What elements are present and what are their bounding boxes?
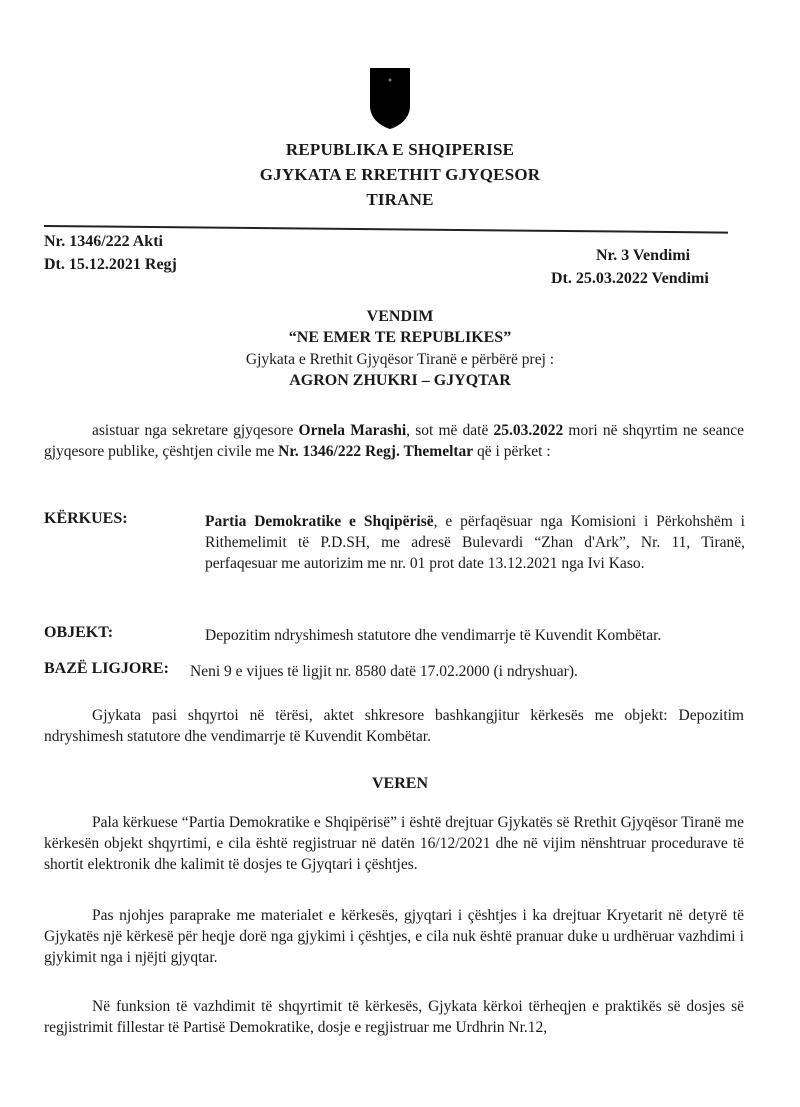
ref-reg-date: Dt. 15.12.2021 Regj (44, 256, 177, 274)
paragraph-file-request: Në funksion të vazhdimit të shqyrtimit t… (44, 996, 744, 1038)
ref-akt-number: Nr. 1346/222 Akti (44, 233, 163, 251)
party-name: Partia Demokratike e Shqipërisë (205, 513, 434, 530)
objekt-value: Depozitim ndryshimesh statutore dhe vend… (205, 625, 745, 646)
baze-ligjore-value: Neni 9 e vijues të ligjit nr. 8580 datë … (190, 661, 730, 682)
secretary-name: Ornela Marashi (299, 422, 407, 439)
court-composition: Gjykata e Rrethit Gjyqësor Tiranë e përb… (0, 351, 800, 369)
kerkues-value: Partia Demokratike e Shqipërisë, e përfa… (205, 511, 745, 574)
baze-ligjore-label: BAZË LIGJORE: (44, 660, 169, 678)
intro-paragraph: asistuar nga sekretare gjyqesore Ornela … (44, 420, 744, 462)
coat-of-arms-icon (368, 66, 412, 130)
paragraph-recusal: Pas njohjes paraprake me materialet e kë… (44, 905, 744, 968)
objekt-label: OBJEKT: (44, 624, 113, 642)
header-court: GJYKATA E RRETHIT GJYQESOR (0, 165, 800, 185)
header-city: TIRANE (0, 190, 800, 210)
decision-heading: VENDIM (0, 308, 800, 326)
section-heading-veren: VEREN (0, 775, 800, 793)
hearing-date: 25.03.2022 (494, 422, 564, 439)
paragraph-review: Gjykata pasi shqyrtoi në tërësi, aktet s… (44, 705, 744, 747)
paragraph-request: Pala kërkuese “Partia Demokratike e Shqi… (44, 812, 744, 875)
ref-decision-date: Dt. 25.03.2022 Vendimi (551, 270, 709, 288)
ref-decision-number: Nr. 3 Vendimi (596, 247, 690, 265)
case-number: Nr. 1346/222 Regj. Themeltar (278, 443, 473, 460)
header-country: REPUBLIKA E SHQIPERISE (0, 140, 800, 160)
kerkues-label: KËRKUES: (44, 510, 128, 528)
document-page: REPUBLIKA E SHQIPERISE GJYKATA E RRETHIT… (0, 0, 800, 1107)
decision-subheading: “NE EMER TE REPUBLIKES” (0, 329, 800, 347)
judge-name: AGRON ZHUKRI – GJYQTAR (0, 372, 800, 390)
